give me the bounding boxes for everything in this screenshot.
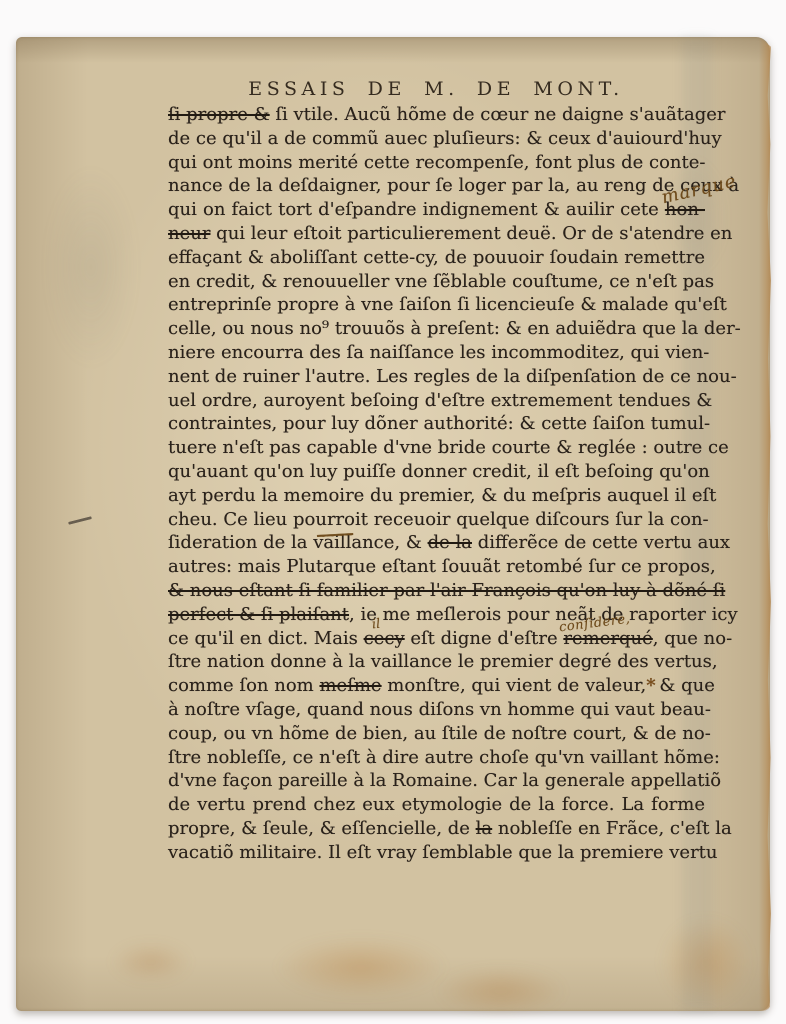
text-line: entreprinſe propre à vne ſaiſon ſi licen… (168, 293, 705, 317)
text-segment: tuere n'eſt pas capable d'vne bride cour… (168, 437, 729, 458)
text-segment: coup, ou vn hõme de bien, au ſtile de no… (168, 723, 711, 744)
text-segment: nance de la deſdaigner, pour ſe loger pa… (168, 175, 739, 196)
text-segment: en credit, & renouueller vne ſẽblable co… (168, 271, 714, 292)
text-segment: comme ſon nom (168, 675, 319, 696)
text-segment: celle, ou nous no⁹ trouuõs à preſent: & … (168, 318, 741, 339)
text-line: ſi propre & ſi vtile. Aucũ hõme de cœur … (168, 103, 705, 127)
struck-text-segment: remerqué (563, 628, 652, 649)
paper-stain (46, 167, 136, 367)
foxing-stain (276, 937, 446, 997)
text-segment: eſt digne d'eſtre (405, 628, 564, 649)
text-line: celle, ou nous no⁹ trouuõs à preſent: & … (168, 317, 705, 341)
text-segment: cheu. Ce lieu pourroit receuoir quelque … (168, 509, 709, 530)
text-segment: de ce qu'il a de commũ auec pluſieurs: &… (168, 128, 722, 149)
struck-text-segment: la (476, 818, 493, 839)
deckled-page-edge (759, 37, 771, 1011)
text-line: qu'auant qu'on luy puiſſe donner credit,… (168, 460, 705, 484)
text-line: ce qu'il en dict. Mais cecyil eſt digne … (168, 627, 705, 651)
text-segment: , & (394, 532, 427, 553)
struck-text-segment: de la (428, 532, 472, 553)
text-line: ſtre nobleſſe, ce n'eſt à dire autre cho… (168, 746, 705, 770)
text-line: ſideration de la vaillance~~~~, & de la … (168, 531, 705, 555)
text-segment: monſtre, qui vient de valeur, (382, 675, 647, 696)
struck-text-segment: ſi propre & (168, 104, 270, 125)
text-line: neur qui leur eſtoit particulierement de… (168, 222, 705, 246)
text-segment: à noſtre vſage, quand nous diſons vn hom… (168, 699, 711, 720)
annotated-word: vaillance~~~~ (313, 531, 394, 555)
foxing-stain (111, 942, 191, 982)
text-line: effaçant & aboliſſant cette-cy, de pouuo… (168, 246, 705, 270)
text-line: qui ont moins merité cette recompenſe, f… (168, 151, 705, 175)
text-line: & nous eſtant ſi familier par l'air Fran… (168, 579, 705, 603)
text-segment: d'vne façon pareille à la Romaine. Car l… (168, 770, 721, 791)
text-segment: qui leur eſtoit particulierement deuë. O… (210, 223, 732, 244)
text-line: qui on faict tort d'eſpandre indignement… (168, 198, 705, 222)
text-line: nent de ruiner l'autre. Les regles de la… (168, 365, 705, 389)
text-segment: nent de ruiner l'autre. Les regles de la… (168, 366, 737, 387)
text-segment: qui on faict tort d'eſpandre indignement… (168, 199, 665, 220)
text-segment: qui ont moins merité cette recompenſe, f… (168, 152, 705, 173)
text-block: ſi propre & ſi vtile. Aucũ hõme de cœur … (168, 103, 705, 865)
book-page: ESSAIS DE M. DE MONT. ſi propre & ſi vti… (16, 37, 770, 1011)
text-line: contraintes, pour luy dõner authorité: &… (168, 412, 705, 436)
text-segment: ce qu'il en dict. Mais (168, 628, 364, 649)
ink-mark: * (646, 675, 653, 696)
text-segment: , que no- (653, 628, 732, 649)
text-line: nance de la deſdaigner, pour ſe loger pa… (168, 174, 705, 198)
text-line: tuere n'eſt pas capable d'vne bride cour… (168, 436, 705, 460)
text-line: ſtre nation donne à la vaillance le prem… (168, 650, 705, 674)
text-segment: vacatiõ militaire. Il eſt vray ſemblable… (168, 842, 718, 863)
struck-text-segment: cecy (364, 628, 405, 649)
text-line: à noſtre vſage, quand nous diſons vn hom… (168, 698, 705, 722)
text-segment: differẽce de cette vertu aux (472, 532, 730, 553)
text-segment: ſtre nobleſſe, ce n'eſt à dire autre cho… (168, 747, 720, 768)
struck-text-segment: hon- (665, 199, 705, 220)
text-line: en credit, & renouueller vne ſẽblable co… (168, 270, 705, 294)
struck-text-segment: meſme (319, 675, 381, 696)
annotated-word: cecyil (364, 627, 405, 651)
text-segment: effaçant & aboliſſant cette-cy, de pouuo… (168, 247, 705, 268)
text-segment: ſtre nation donne à la vaillance le prem… (168, 651, 718, 672)
text-line: propre, & ſeule, & eſſencielle, de la no… (168, 817, 705, 841)
text-segment: ſi vtile. Aucũ hõme de cœur ne daigne s'… (270, 104, 726, 125)
annotated-word: remerquéconſidere, (563, 627, 652, 651)
text-segment: ſideration de la (168, 532, 313, 553)
text-segment: de vertu prend chez eux etymologie de la… (168, 794, 705, 815)
struck-text-segment: neur (168, 223, 210, 244)
text-segment: , ie me meſlerois pour neãt de raporter … (349, 604, 738, 625)
text-line: de ce qu'il a de commũ auec pluſieurs: &… (168, 127, 705, 151)
text-segment: propre, & ſeule, & eſſencielle, de (168, 818, 476, 839)
annotated-word: hon-marque (665, 198, 705, 222)
text-segment: vaillance (313, 532, 394, 553)
text-line: cheu. Ce lieu pourroit receuoir quelque … (168, 508, 705, 532)
text-segment: qu'auant qu'on luy puiſſe donner credit,… (168, 461, 710, 482)
text-line: d'vne façon pareille à la Romaine. Car l… (168, 769, 705, 793)
text-line: vacatiõ militaire. Il eſt vray ſemblable… (168, 841, 705, 865)
marginal-pen-dash (68, 516, 92, 525)
text-segment: niere encourra des ſa naiſſance les inco… (168, 342, 709, 363)
text-line: uel ordre, auroyent beſoing d'eſtre extr… (168, 389, 705, 413)
text-line: comme ſon nom meſme monſtre, qui vient d… (168, 674, 705, 698)
text-segment: nobleſſe en Frãce, c'eſt la (492, 818, 732, 839)
text-segment: ayt perdu la memoire du premier, & du me… (168, 485, 716, 506)
running-head: ESSAIS DE M. DE MONT. (166, 78, 706, 100)
text-segment: & que (654, 675, 715, 696)
foxing-stain (436, 967, 566, 1015)
text-segment: uel ordre, auroyent beſoing d'eſtre extr… (168, 390, 712, 411)
text-segment: contraintes, pour luy dõner authorité: &… (168, 413, 710, 434)
text-segment: autres: mais Plutarque eſtant ſouuãt ret… (168, 556, 716, 577)
text-segment: entreprinſe propre à vne ſaiſon ſi licen… (168, 294, 727, 315)
text-line: niere encourra des ſa naiſſance les inco… (168, 341, 705, 365)
text-line: ayt perdu la memoire du premier, & du me… (168, 484, 705, 508)
text-line: autres: mais Plutarque eſtant ſouuãt ret… (168, 555, 705, 579)
struck-text-segment: perfect & ſi plaiſant (168, 604, 349, 625)
struck-text-segment: & nous eſtant ſi familier par l'air Fran… (168, 580, 725, 601)
text-line: de vertu prend chez eux etymologie de la… (168, 793, 705, 817)
text-line: coup, ou vn hõme de bien, au ſtile de no… (168, 722, 705, 746)
text-line: perfect & ſi plaiſant, ie me meſlerois p… (168, 603, 705, 627)
